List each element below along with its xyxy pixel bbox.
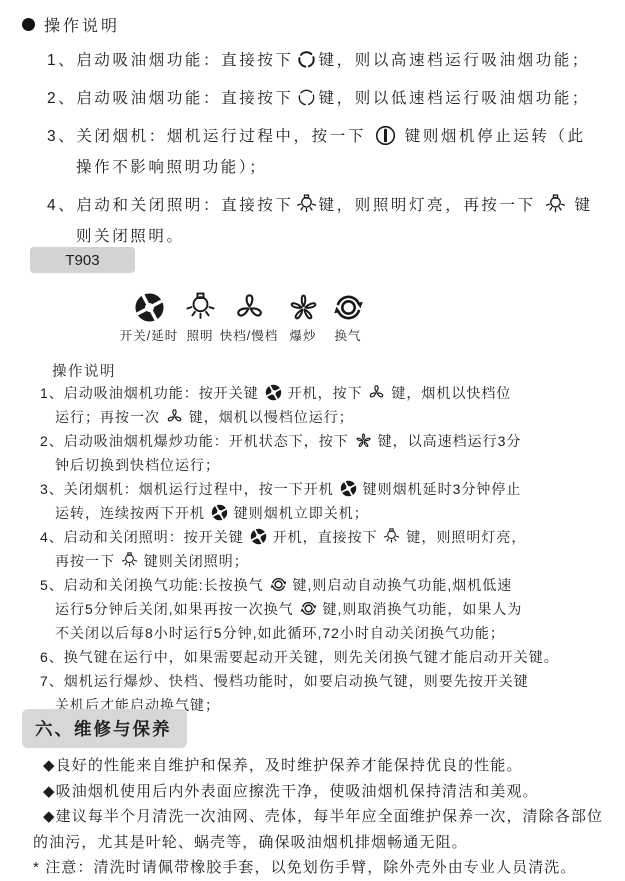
- legend-label: 爆炒: [284, 326, 322, 344]
- text-line: 5、启动和关闭换气功能:长按换气 键,则启动自动换气功能,烟机低速: [40, 573, 622, 597]
- light-icon: [383, 528, 400, 545]
- vent-icon: [300, 600, 317, 617]
- text-line: 3、关闭烟机：烟机运行过程中，按一下 键则烟机停止运转（此: [47, 121, 617, 152]
- text-line: 4、启动和关闭照明：直接按下键，则照明灯亮，再按一下 键: [47, 190, 617, 221]
- legend-light: 照明: [180, 292, 220, 344]
- text-line: 运行5分钟后关闭,如果再按一次换气 键,则取消换气功能，如果人为: [55, 597, 622, 621]
- list-item: 4、启动和关闭照明：直接按下键，则照明灯亮，再按一下 键则关闭照明。: [47, 190, 617, 252]
- text-line: 运转，连续按两下开机 键则烟机立即关机；: [55, 501, 622, 525]
- maintenance-line: ◆吸油烟机使用后内外表面应擦洗干净，使吸油烟机保持清洁和美观。: [33, 779, 618, 805]
- text-line: 则关闭照明。: [76, 221, 617, 252]
- legend-fan-speed: 快档/慢档: [216, 292, 282, 344]
- section3-header: 六、维修与保养: [22, 709, 187, 748]
- model-badge: T903: [30, 247, 135, 273]
- list-item: 2、启动吸油烟机爆炒功能：开机状态下，按下 键，以高速档运行3分钟后切换到快档位…: [40, 429, 622, 477]
- light-icon: [296, 194, 317, 215]
- legend-power-switch: 开关/延时: [118, 292, 180, 344]
- maintenance-line: 的油污，尤其是叶轮、蜗壳等，确保吸油烟机排烟畅通无阻。: [33, 830, 618, 856]
- section1-title: 操作说明: [44, 13, 120, 36]
- maintenance-line: ◆良好的性能来自维护和保养，及时维护保养才能保持优良的性能。: [33, 753, 618, 779]
- manual-page: 操作说明 1、启动吸油烟功能：直接按下键，则以高速档运行吸油烟功能；2、启动吸油…: [0, 0, 625, 881]
- legend-label: 照明: [180, 326, 220, 344]
- maintenance-line: * 注意：清洗时请佩带橡胶手套，以免划伤手臂，除外壳外由专业人员清洗。: [33, 855, 618, 881]
- fan-low-icon: [296, 87, 317, 108]
- legend-boost: 爆炒: [284, 292, 322, 344]
- legend-label: 开关/延时: [118, 326, 180, 344]
- list-item: 6、换气键在运行中，如果需要起动开关键，则先关闭换气键才能启动开关键。: [40, 645, 622, 669]
- bullet-icon: [22, 18, 35, 31]
- section2-list: 1、启动吸油烟机功能：按开关键 开机，按下 键，烟机以快档位运行；再按一次 键，…: [40, 381, 622, 717]
- power-off-icon: [375, 125, 396, 146]
- legend-label: 换气: [328, 326, 368, 344]
- list-item: 3、关闭烟机：烟机运行过程中，按一下开机 键则烟机延时3分钟停止运转，连续按两下…: [40, 477, 622, 525]
- text-line: 2、启动吸油烟机爆炒功能：开机状态下，按下 键，以高速档运行3分: [40, 429, 622, 453]
- boost-icon: [355, 432, 372, 449]
- vent-icon: [270, 576, 287, 593]
- text-line: 运行；再按一次 键，烟机以慢档位运行；: [55, 405, 622, 429]
- fan-speed-icon: [234, 292, 265, 323]
- text-line: 不关闭以后每8小时运行5分钟,如此循环,72小时自动关闭换气功能；: [55, 621, 622, 645]
- text-line: 4、启动和关闭照明：按开关键 开机，直接按下 键，则照明灯亮，: [40, 525, 622, 549]
- fan-high-icon: [296, 49, 317, 70]
- power-switch-icon: [340, 480, 357, 497]
- power-switch-icon: [265, 384, 282, 401]
- text-line: 3、关闭烟机：烟机运行过程中，按一下开机 键则烟机延时3分钟停止: [40, 477, 622, 501]
- text-line: 1、启动吸油烟机功能：按开关键 开机，按下 键，烟机以快档位: [40, 381, 622, 405]
- list-item: 5、启动和关闭换气功能:长按换气 键,则启动自动换气功能,烟机低速运行5分钟后关…: [40, 573, 622, 645]
- text-line: 钟后切换到快档位运行；: [55, 453, 622, 477]
- light-icon: [545, 194, 566, 215]
- power-switch-icon: [134, 292, 165, 323]
- section2-title: 操作说明: [52, 360, 116, 381]
- legend-vent: 换气: [328, 292, 368, 344]
- maintenance-notes: ◆良好的性能来自维护和保养，及时维护保养才能保持优良的性能。◆吸油烟机使用后内外…: [33, 753, 618, 881]
- text-line: 2、启动吸油烟功能：直接按下键，则以低速档运行吸油烟功能；: [47, 83, 617, 114]
- text-line: 再按一下 键则关闭照明；: [55, 549, 622, 573]
- list-item: 3、关闭烟机：烟机运行过程中，按一下 键则烟机停止运转（此操作不影响照明功能）；: [47, 121, 617, 183]
- fan-speed-icon: [368, 384, 385, 401]
- fan-speed-icon: [166, 408, 183, 425]
- power-switch-icon: [250, 528, 267, 545]
- power-switch-icon: [211, 504, 228, 521]
- section1-list: 1、启动吸油烟功能：直接按下键，则以高速档运行吸油烟功能；2、启动吸油烟功能：直…: [47, 45, 617, 259]
- list-item: 1、启动吸油烟功能：直接按下键，则以高速档运行吸油烟功能；: [47, 45, 617, 76]
- list-item: 4、启动和关闭照明：按开关键 开机，直接按下 键，则照明灯亮，再按一下 键则关闭…: [40, 525, 622, 573]
- section1-header: 操作说明: [22, 13, 120, 36]
- light-icon: [185, 292, 216, 323]
- text-line: 1、启动吸油烟功能：直接按下键，则以高速档运行吸油烟功能；: [47, 45, 617, 76]
- boost-icon: [288, 292, 319, 323]
- maintenance-line: ◆建议每半个月清洗一次油网、壳体，每半年应全面维护保养一次，清除各部位: [33, 804, 618, 830]
- legend-label: 快档/慢档: [216, 326, 282, 344]
- text-line: 6、换气键在运行中，如果需要起动开关键，则先关闭换气键才能启动开关键。: [40, 645, 622, 669]
- vent-icon: [333, 292, 364, 323]
- light-icon: [121, 552, 138, 569]
- text-line: 7、烟机运行爆炒、快档、慢档功能时，如要启动换气键，则要先按开关键: [40, 669, 622, 693]
- list-item: 2、启动吸油烟功能：直接按下键，则以低速档运行吸油烟功能；: [47, 83, 617, 114]
- text-line: 操作不影响照明功能）；: [76, 152, 617, 183]
- list-item: 1、启动吸油烟机功能：按开关键 开机，按下 键，烟机以快档位运行；再按一次 键，…: [40, 381, 622, 429]
- control-button-legend: 开关/延时照明快档/慢档爆炒换气: [0, 292, 625, 348]
